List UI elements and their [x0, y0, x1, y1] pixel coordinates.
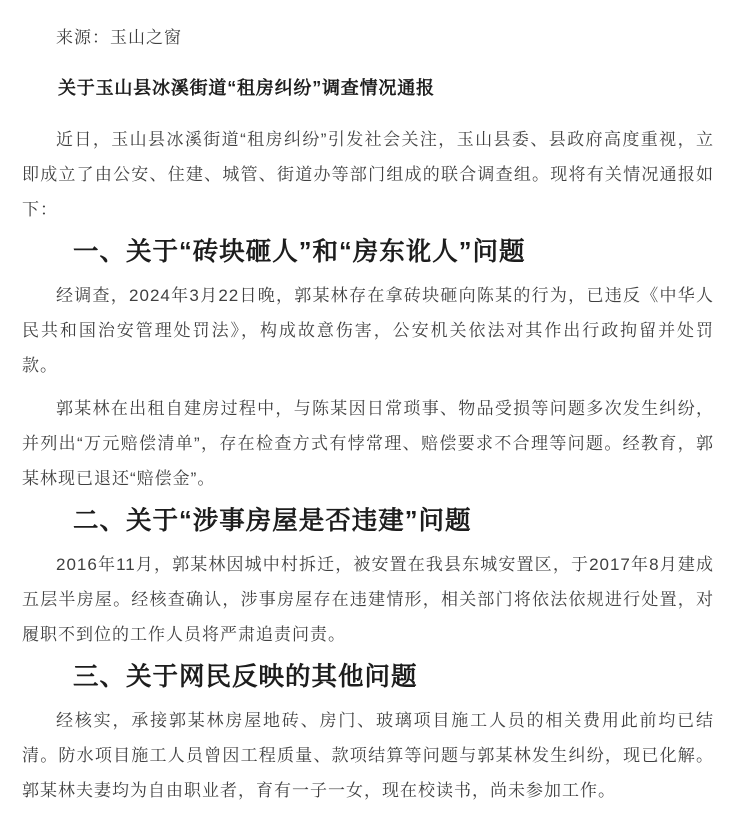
- article-page: 来源：玉山之窗 关于玉山县冰溪街道“租房纠纷”调查情况通报 近日，玉山县冰溪街道…: [0, 0, 737, 812]
- article-source-line: 来源：玉山之窗: [22, 16, 714, 59]
- section-2: 二、关于“涉事房屋是否违建”问题 2016年11月，郭某林因城中村拆迁，被安置在…: [22, 500, 714, 656]
- section-1-paragraph-1: 经调查，2024年3月22日晚，郭某林存在拿砖块砸向陈某的行为，已违反《中华人民…: [22, 274, 714, 387]
- section-3-paragraph-1: 经核实，承接郭某林房屋地砖、房门、玻璃项目施工人员的相关费用此前均已结清。防水项…: [22, 699, 714, 812]
- section-2-heading: 二、关于“涉事房屋是否违建”问题: [22, 500, 714, 543]
- section-3: 三、关于网民反映的其他问题 经核实，承接郭某林房屋地砖、房门、玻璃项目施工人员的…: [22, 656, 714, 812]
- section-1-paragraph-2: 郭某林在出租自建房过程中，与陈某因日常琐事、物品受损等问题多次发生纠纷，并列出“…: [22, 387, 714, 500]
- article-title: 关于玉山县冰溪街道“租房纠纷”调查情况通报: [22, 59, 714, 118]
- section-3-heading: 三、关于网民反映的其他问题: [22, 656, 714, 699]
- section-2-paragraph-1: 2016年11月，郭某林因城中村拆迁，被安置在我县东城安置区，于2017年8月建…: [22, 543, 714, 656]
- intro-paragraph: 近日，玉山县冰溪街道“租房纠纷”引发社会关注，玉山县委、县政府高度重视，立即成立…: [22, 118, 714, 231]
- section-1: 一、关于“砖块砸人”和“房东讹人”问题 经调查，2024年3月22日晚，郭某林存…: [22, 231, 714, 500]
- section-1-heading: 一、关于“砖块砸人”和“房东讹人”问题: [22, 231, 714, 274]
